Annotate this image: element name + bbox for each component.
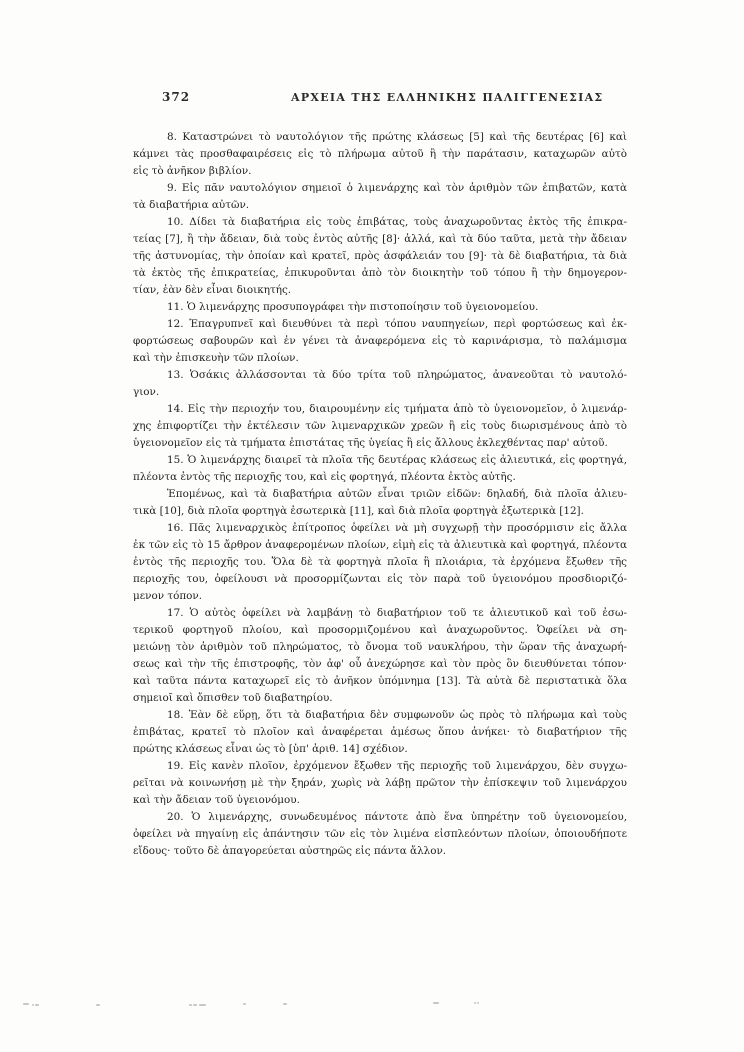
text-line: 14. Εἰς τὴν περιοχήν του, διαιρουμένην ε… xyxy=(133,401,627,418)
paragraph: 16. Πᾶς λιμεναρχικὸς ἐπίτροπος ὀφείλει ν… xyxy=(133,520,627,605)
scan-artifact xyxy=(474,1002,476,1004)
text-line: καὶ τὴν ἄδειαν τοῦ ὑγειονόμου. xyxy=(133,792,627,809)
text-line: εἴδους· τοῦτο δὲ ἀπαγορεύεται αὐστηρῶς ε… xyxy=(133,843,627,860)
text-line: 12. Ἐπαγρυπνεῖ καὶ διευθύνει τὰ περὶ τόπ… xyxy=(133,316,627,333)
text-line: 11. Ὁ λιμενάρχης προσυπογράφει τὴν πιστο… xyxy=(133,299,627,316)
text-line: 8. Καταστρώνει τὸ ναυτολόγιον τῆς πρώτης… xyxy=(133,129,627,146)
scan-artifact xyxy=(193,1004,197,1006)
paragraph: 9. Εἰς πᾶν ναυτολόγιον σημειοῖ ὁ λιμενάρ… xyxy=(133,180,627,214)
scan-artifact xyxy=(283,1003,287,1005)
text-line: ἐκ τῶν εἰς τὸ 15 ἄρθρον ἀναφερομένων πλο… xyxy=(133,537,627,554)
paragraph: 13. Ὁσάκις ἀλλάσσονται τὰ δύο τρίτα τοῦ … xyxy=(133,367,627,401)
scan-artifact xyxy=(35,1004,39,1006)
text-line: εἰς τὸ ἀνῆκον βιβλίον. xyxy=(133,163,627,180)
text-line: τίαν, ἐὰν δὲν εἶναι διοικητής. xyxy=(133,282,627,299)
text-line: 10. Δίδει τὰ διαβατήρια εἰς τοὺς ἐπιβάτα… xyxy=(133,214,627,231)
scan-artifact xyxy=(199,1004,206,1006)
paragraph: 8. Καταστρώνει τὸ ναυτολόγιον τῆς πρώτης… xyxy=(133,129,627,180)
text-line: ἐπιβάτας, κρατεῖ τὸ πλοῖον καὶ ἀναφέρετα… xyxy=(133,724,627,741)
text-line: τείας [7], ἢ τὴν ἄδειαν, διὰ τοὺς ἐντὸς … xyxy=(133,231,627,248)
paragraph: 11. Ὁ λιμενάρχης προσυπογράφει τὴν πιστο… xyxy=(133,299,627,316)
paragraph: 19. Εἰς κανὲν πλοῖον, ἐρχόμενον ἔξωθεν τ… xyxy=(133,758,627,809)
text-line: τερικοῦ φορτηγοῦ πλοίου, καὶ προσορμιζομ… xyxy=(133,622,627,639)
running-title: ΑΡΧΕΙΑ ΤΗΣ ΕΛΛΗΝΙΚΗΣ ΠΑΛΙΓΓΕΝΕΣΙΑΣ xyxy=(291,91,604,104)
paragraph: Ἑπομένως, καὶ τὰ διαβατήρια αὐτῶν εἶναι … xyxy=(133,486,627,520)
text-block: 8. Καταστρώνει τὸ ναυτολόγιον τῆς πρώτης… xyxy=(133,129,627,860)
scan-artifact xyxy=(96,1004,100,1006)
text-line: γιον. xyxy=(133,384,627,401)
text-line: 13. Ὁσάκις ἀλλάσσονται τὰ δύο τρίτα τοῦ … xyxy=(133,367,627,384)
text-line: ρεῖται νὰ κοινωνήσῃ μὲ τὴν ξηράν, χωρὶς … xyxy=(133,775,627,792)
text-line: 9. Εἰς πᾶν ναυτολόγιον σημειοῖ ὁ λιμενάρ… xyxy=(133,180,627,197)
scan-artifact xyxy=(243,1003,246,1005)
text-line: 16. Πᾶς λιμεναρχικὸς ἐπίτροπος ὀφείλει ν… xyxy=(133,520,627,537)
text-line: περιοχῆς του, ὀφείλουσι νὰ προσορμίζωντα… xyxy=(133,571,627,588)
scan-artifact xyxy=(477,1002,479,1004)
paragraph: 15. Ὁ λιμενάρχης διαιρεῖ τὰ πλοῖα τῆς δε… xyxy=(133,452,627,486)
text-line: 20. Ὁ λιμενάρχης, συνωδευμένος πάντοτε ἀ… xyxy=(133,809,627,826)
scan-artifact xyxy=(189,1004,192,1006)
text-line: πλέοντα ἐντὸς τῆς περιοχῆς του, καὶ εἰς … xyxy=(133,469,627,486)
text-line: σεως καὶ τὴν τῆς ἐπιστροφῆς, τὸν ἀφ' οὗ … xyxy=(133,656,627,673)
text-line: μενον τόπον. xyxy=(133,588,627,605)
text-line: 18. Ἐὰν δὲ εὕρῃ, ὅτι τὰ διαβατήρια δὲν σ… xyxy=(133,707,627,724)
scan-artifact xyxy=(433,1002,439,1004)
text-line: 17. Ὁ αὐτὸς ὀφείλει νὰ λαμβάνῃ τὸ διαβατ… xyxy=(133,605,627,622)
text-line: κάμνει τὰς προσθαφαιρέσεις εἰς τὸ πλήρωμ… xyxy=(133,146,627,163)
text-line: Ἑπομένως, καὶ τὰ διαβατήρια αὐτῶν εἶναι … xyxy=(133,486,627,503)
scan-artifact xyxy=(23,1003,29,1005)
page-number: 372 xyxy=(162,90,190,104)
paragraph: 10. Δίδει τὰ διαβατήρια εἰς τοὺς ἐπιβάτα… xyxy=(133,214,627,299)
text-line: 19. Εἰς κανὲν πλοῖον, ἐρχόμενον ἔξωθεν τ… xyxy=(133,758,627,775)
paragraph: 18. Ἐὰν δὲ εὕρῃ, ὅτι τὰ διαβατήρια δὲν σ… xyxy=(133,707,627,758)
text-line: πρώτης κλάσεως εἶναι ὡς τὸ [ὑπ' ἀριθ. 14… xyxy=(133,741,627,758)
paragraph: 14. Εἰς τὴν περιοχήν του, διαιρουμένην ε… xyxy=(133,401,627,452)
text-line: καὶ τὴν ἐπισκευὴν τῶν πλοίων. xyxy=(133,350,627,367)
paragraph: 12. Ἐπαγρυπνεῖ καὶ διευθύνει τὰ περὶ τόπ… xyxy=(133,316,627,367)
text-line: ὀφείλει νὰ πηγαίνῃ εἰς ἀπάντησιν τῶν εἰς… xyxy=(133,826,627,843)
text-line: 15. Ὁ λιμενάρχης διαιρεῖ τὰ πλοῖα τῆς δε… xyxy=(133,452,627,469)
text-line: τικὰ [10], διὰ πλοῖα φορτηγὰ ἐσωτερικὰ [… xyxy=(133,503,627,520)
scanned-book-page: 372 ΑΡΧΕΙΑ ΤΗΣ ΕΛΛΗΝΙΚΗΣ ΠΑΛΙΓΓΕΝΕΣΙΑΣ 8… xyxy=(0,0,744,1052)
text-line: φορτώσεως σαβουρῶν καὶ ἐν γένει τὰ ἀναφε… xyxy=(133,333,627,350)
page-header: 372 ΑΡΧΕΙΑ ΤΗΣ ΕΛΛΗΝΙΚΗΣ ΠΑΛΙΓΓΕΝΕΣΙΑΣ xyxy=(133,90,627,108)
text-line: καὶ ταῦτα πάντα καταχωρεῖ εἰς τὸ ἀνῆκον … xyxy=(133,673,627,690)
scan-artifact xyxy=(32,1004,34,1006)
text-line: χης ἐπιφορτίζει τὴν ἐκτέλεσιν τῶν λιμενα… xyxy=(133,418,627,435)
text-line: ὑγειονομεῖον εἰς τὰ τμήματα ἐπιστάτας τῆ… xyxy=(133,435,627,452)
paragraph: 17. Ὁ αὐτὸς ὀφείλει νὰ λαμβάνῃ τὸ διαβατ… xyxy=(133,605,627,707)
paragraph: 20. Ὁ λιμενάρχης, συνωδευμένος πάντοτε ἀ… xyxy=(133,809,627,860)
text-line: τὰ διαβατήρια αὐτῶν. xyxy=(133,197,627,214)
text-line: τῆς ἀστυνομίας, τὴν ὁποίαν καὶ κρατεῖ, π… xyxy=(133,248,627,265)
text-line: ἐντὸς τῆς περιοχῆς του. Ὅλα δὲ τὰ φορτηγ… xyxy=(133,554,627,571)
text-line: σημειοῖ καὶ ὄπισθεν τοῦ διαβατηρίου. xyxy=(133,690,627,707)
text-line: τὰ ἐκτὸς τῆς ἐπικρατείας, ἐπικυροῦνται ἀ… xyxy=(133,265,627,282)
text-line: μειώνῃ τὸν ἀριθμὸν τοῦ πληρώματος, τὸ ὄν… xyxy=(133,639,627,656)
